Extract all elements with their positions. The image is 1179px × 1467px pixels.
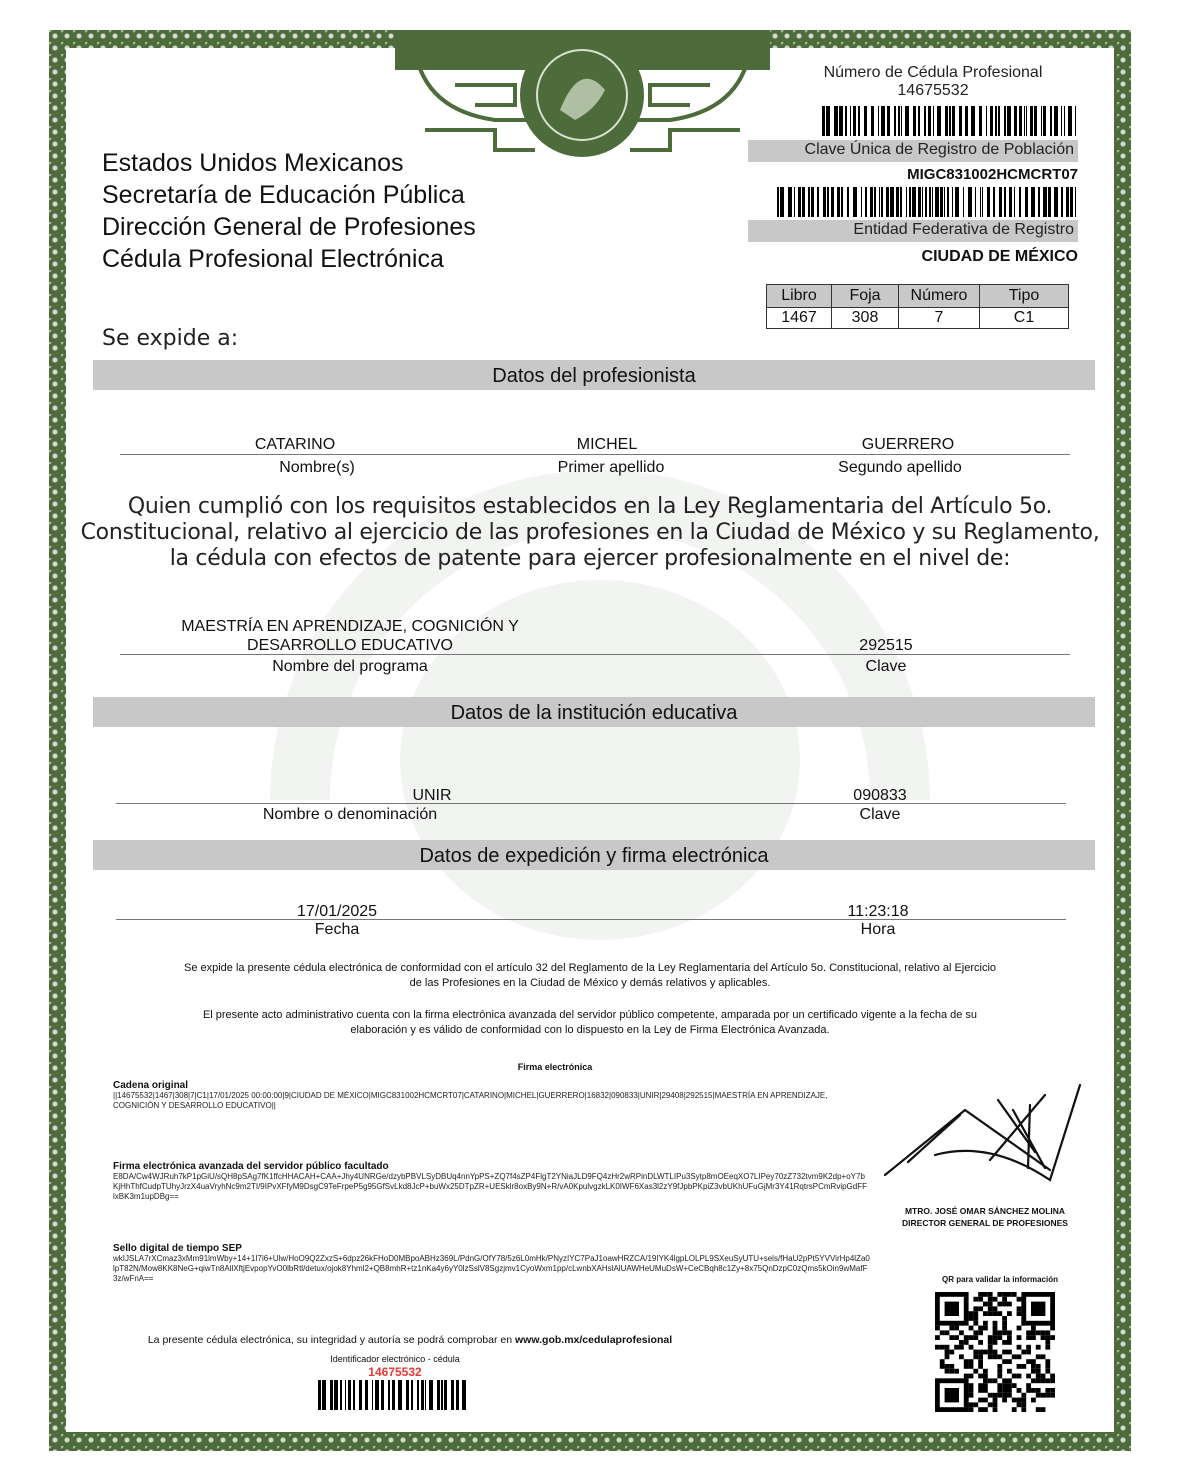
- firma-title: Firma electrónica: [480, 1062, 630, 1072]
- name-line: [120, 454, 1070, 455]
- numero-header: Número: [899, 285, 980, 308]
- programa-clave: 292515: [786, 637, 986, 655]
- curp-value: MIGC831002HCMCRT07: [748, 166, 1078, 183]
- coat-of-arms-icon: [395, 30, 770, 165]
- id-barcode: [318, 1380, 470, 1410]
- se-expide-label: Se expide a:: [102, 326, 238, 351]
- foja-value: 308: [832, 308, 899, 329]
- curp-label: Clave Única de Registro de Población: [748, 140, 1078, 162]
- servidor-value: E8DA/Cw4WJRuh7kP1pGiU/sQH8pSAg7fK1ffcHHA…: [113, 1172, 868, 1202]
- expedicion-line: [116, 919, 1066, 920]
- statement-line: la cédula con efectos de patente para ej…: [66, 546, 1114, 572]
- legal-p2-line1: El presente acto administrativo cuenta c…: [90, 1008, 1090, 1023]
- section-expedicion: Datos de expedición y firma electrónica: [93, 840, 1095, 870]
- verify-line: La presente cédula electrónica, su integ…: [100, 1334, 720, 1346]
- section-institucion: Datos de la institución educativa: [93, 697, 1095, 727]
- cadena-original-block: Cadena original ||14675532|1467|308|7|C1…: [113, 1080, 853, 1111]
- legal-paragraph-2: El presente acto administrativo cuenta c…: [90, 1008, 1090, 1038]
- signer-title: DIRECTOR GENERAL DE PROFESIONES: [880, 1217, 1090, 1229]
- legal-p1-line1: Se expide la presente cédula electrónica…: [90, 961, 1090, 976]
- segundo-apellido-value: GUERRERO: [808, 436, 1008, 454]
- institucion-nombre-label: Nombre o denominación: [250, 806, 450, 824]
- legal-p1-line2: de las Profesiones en la Ciudad de Méxic…: [90, 976, 1090, 991]
- nombre-label: Nombre(s): [217, 459, 417, 477]
- institucion-line: [116, 803, 1066, 804]
- id-label: Identificador electrónico - cédula: [295, 1354, 495, 1364]
- programa-line1: MAESTRÍA EN APRENDIZAJE, COGNICIÓN Y: [150, 618, 550, 636]
- libro-value: 1467: [767, 308, 832, 329]
- cedula-number: 14675532: [748, 82, 1078, 100]
- cadena-value: ||14675532|1467|308|7|C1|17/01/2025 00:0…: [113, 1091, 833, 1111]
- header-line: Secretaría de Educación Pública: [102, 179, 476, 211]
- signature-icon: [880, 1080, 1085, 1185]
- curp-barcode: [748, 187, 1078, 217]
- fecha-label: Fecha: [237, 921, 437, 939]
- id-value: 14675532: [295, 1365, 495, 1379]
- tipo-header: Tipo: [980, 285, 1069, 308]
- hora-label: Hora: [778, 921, 978, 939]
- foja-header: Foja: [832, 285, 899, 308]
- statement-line: Constitucional, relativo al ejercicio de…: [66, 520, 1114, 546]
- programa-label: Nombre del programa: [250, 658, 450, 676]
- verify-text: La presente cédula electrónica, su integ…: [148, 1334, 515, 1346]
- verify-url-link[interactable]: www.gob.mx/cedulaprofesional: [515, 1334, 672, 1346]
- primer-apellido-label: Primer apellido: [511, 459, 711, 477]
- signer-name: MTRO. JOSÉ OMAR SÁNCHEZ MOLINA: [880, 1205, 1090, 1217]
- programa-clave-label: Clave: [786, 658, 986, 676]
- statement-line: Quien cumplió con los requisitos estable…: [66, 494, 1114, 520]
- firma-servidor-block: Firma electrónica avanzada del servidor …: [113, 1161, 873, 1202]
- header-line: Estados Unidos Mexicanos: [102, 147, 476, 179]
- legal-paragraph-1: Se expide la presente cédula electrónica…: [90, 961, 1090, 991]
- issuer-header: Estados Unidos Mexicanos Secretaría de E…: [102, 147, 476, 275]
- numero-value: 7: [899, 308, 980, 329]
- header-line: Dirección General de Profesiones: [102, 211, 476, 243]
- registry-panel: Número de Cédula Profesional 14675532 Cl…: [748, 64, 1078, 266]
- servidor-label: Firma electrónica avanzada del servidor …: [113, 1161, 873, 1172]
- registry-table: Libro Foja Número Tipo 1467 308 7 C1: [766, 284, 1069, 329]
- cedula-barcode: [748, 106, 1078, 136]
- segundo-apellido-label: Segundo apellido: [800, 459, 1000, 477]
- tipo-value: C1: [980, 308, 1069, 329]
- legal-p2-line2: elaboración y es válido de conformidad c…: [90, 1023, 1090, 1038]
- entidad-label: Entidad Federativa de Registro: [748, 220, 1078, 242]
- cadena-label: Cadena original: [113, 1080, 853, 1091]
- libro-header: Libro: [767, 285, 832, 308]
- programa-line2: DESARROLLO EDUCATIVO: [150, 637, 550, 655]
- programa-line: [120, 654, 1070, 655]
- qr-label: QR para validar la información: [910, 1275, 1090, 1284]
- entidad-value: CIUDAD DE MÉXICO: [748, 248, 1078, 266]
- nombre-value: CATARINO: [195, 436, 395, 454]
- primer-apellido-value: MICHEL: [507, 436, 707, 454]
- header-line: Cédula Profesional Electrónica: [102, 243, 476, 275]
- sello-value: wkIJSLA7rXCmaz3xMm91lmWby+14+1I7i6+Ulw/H…: [113, 1254, 871, 1284]
- section-profesionista: Datos del profesionista: [93, 360, 1095, 390]
- sello-block: Sello digital de tiempo SEP wkIJSLA7rXCm…: [113, 1243, 873, 1284]
- institucion-clave-label: Clave: [780, 806, 980, 824]
- signer-block: MTRO. JOSÉ OMAR SÁNCHEZ MOLINA DIRECTOR …: [880, 1205, 1090, 1229]
- cedula-label: Número de Cédula Profesional: [748, 64, 1078, 82]
- qr-code-icon[interactable]: [935, 1292, 1055, 1412]
- sello-label: Sello digital de tiempo SEP: [113, 1243, 873, 1254]
